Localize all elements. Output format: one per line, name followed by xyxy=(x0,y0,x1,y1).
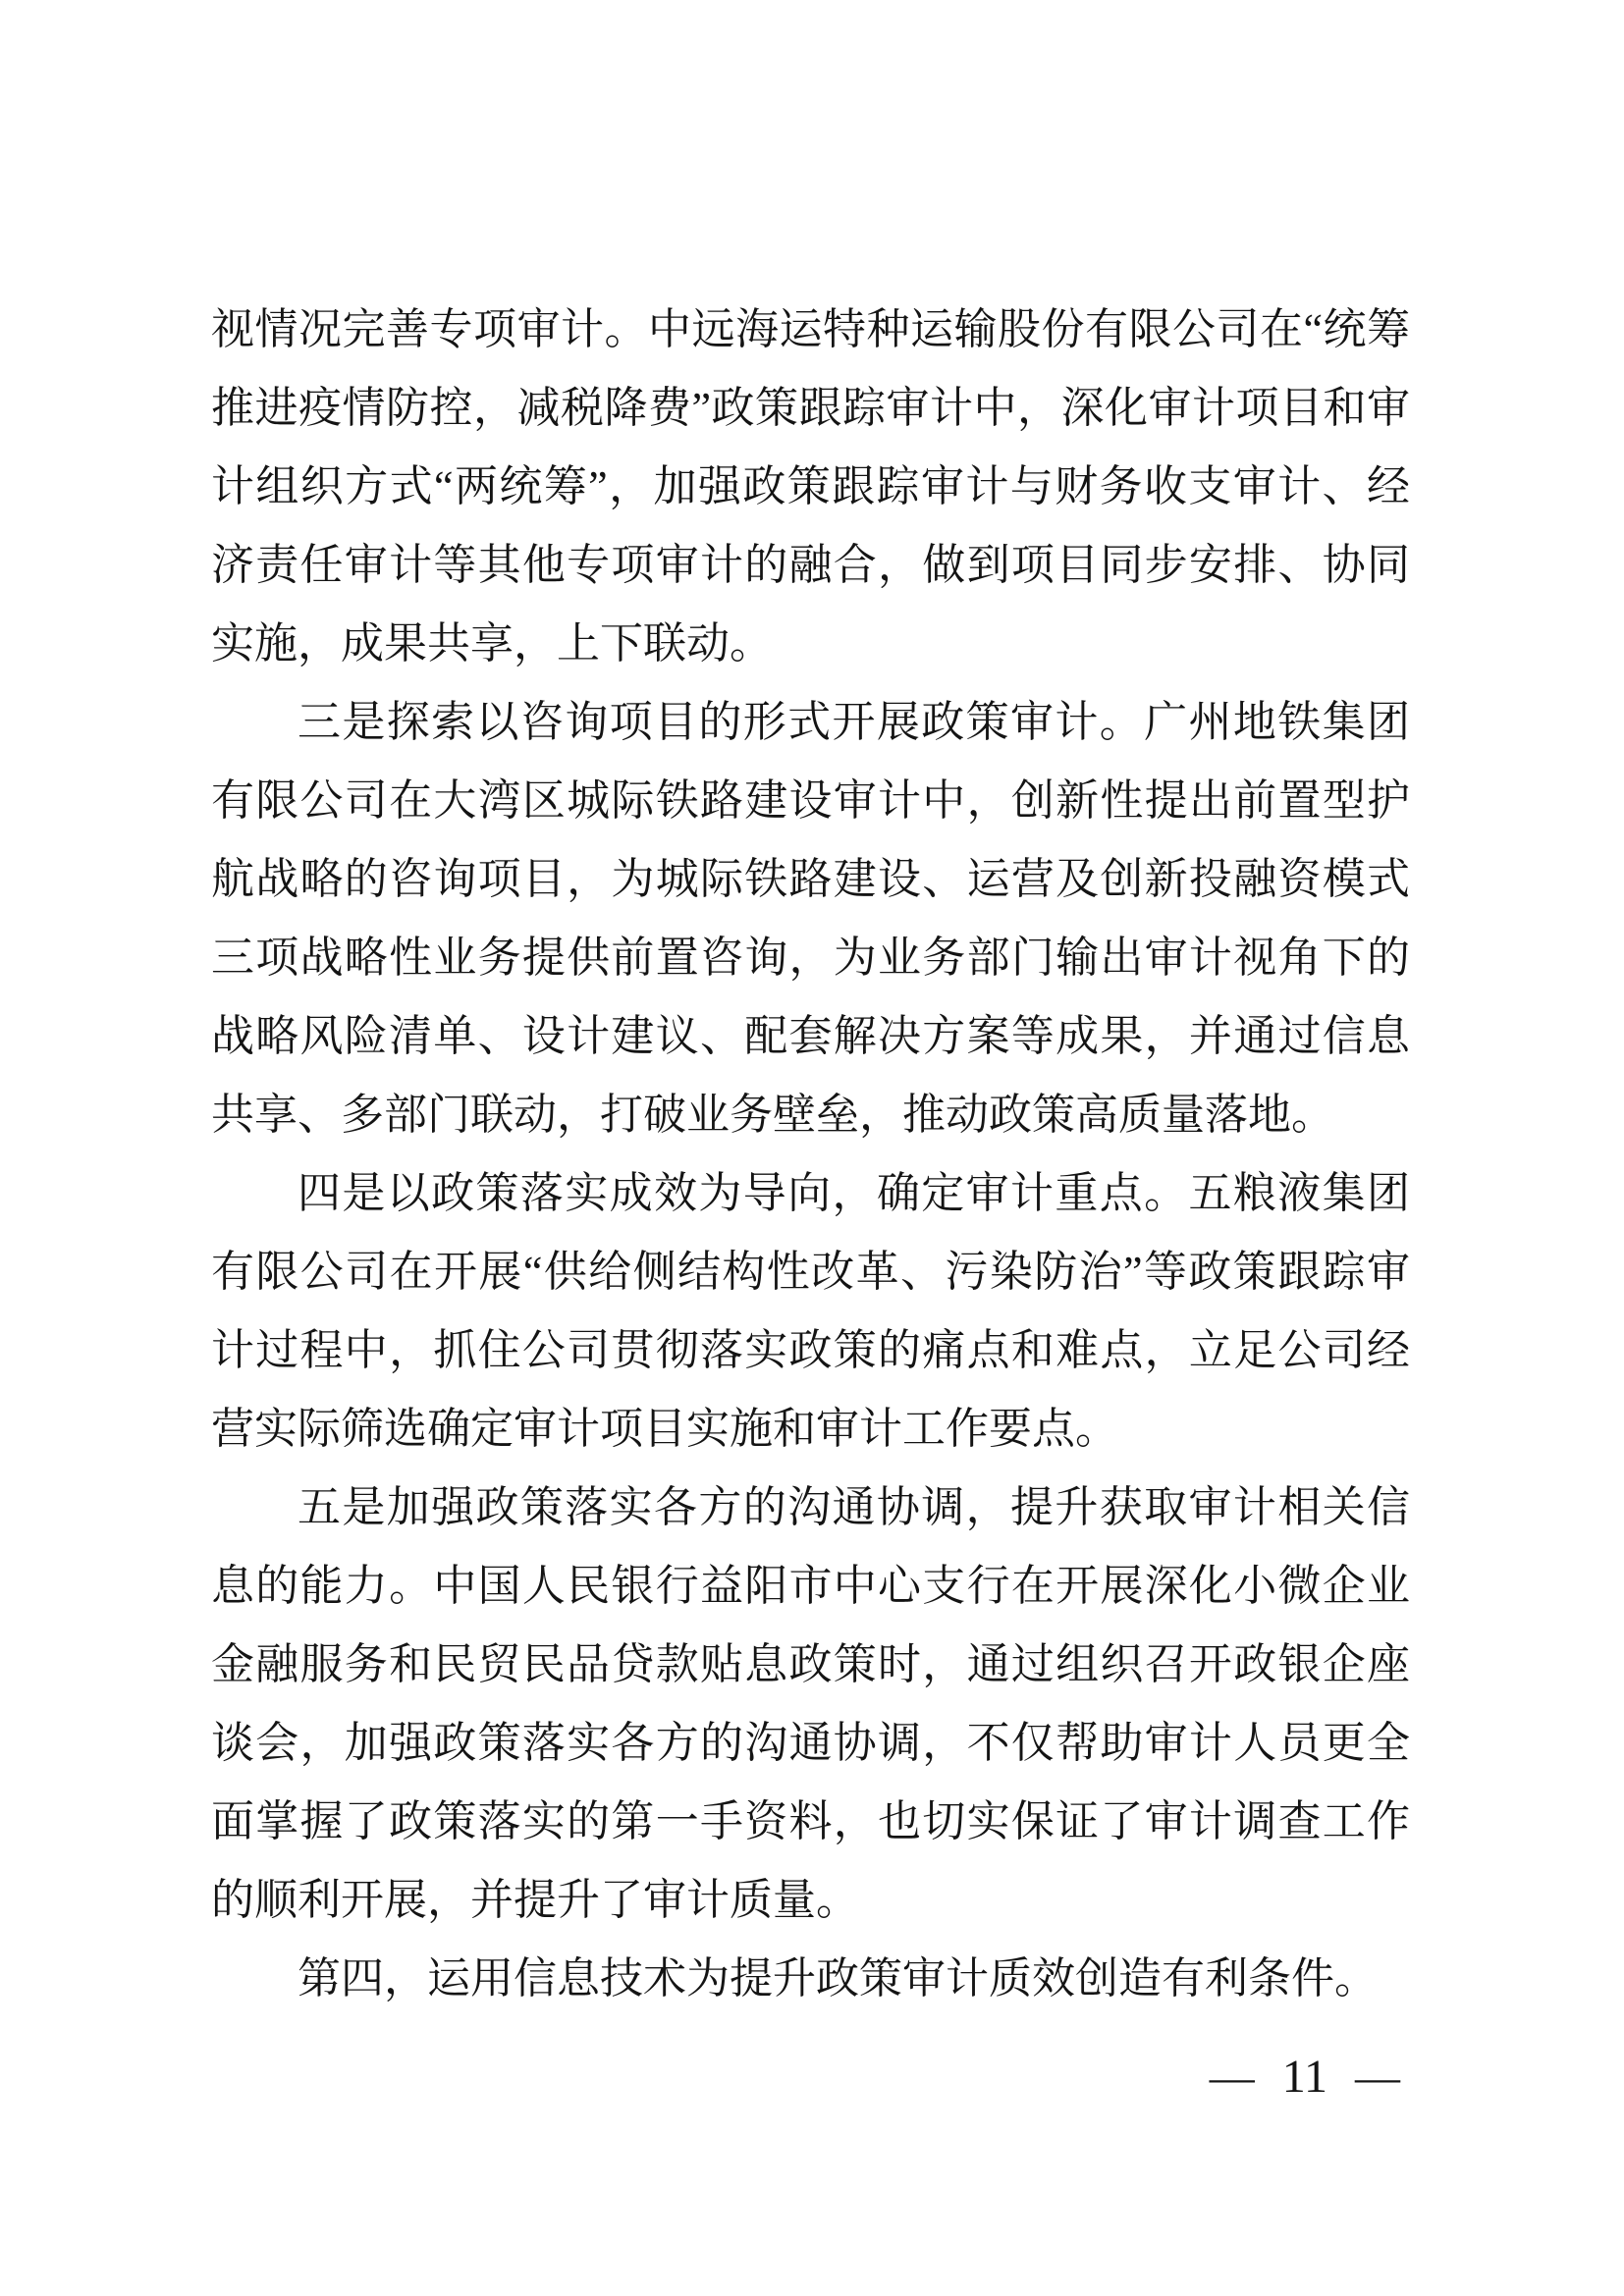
paragraph-point-three: 三是探索以咨询项目的形式开展政策审计。广州地铁集团有限公司在大湾区城际铁路建设审… xyxy=(211,683,1410,1154)
paragraph-continuation: 视情况完善专项审计。中远海运特种运输股份有限公司在“统筹推进疫情防控，减税降费”… xyxy=(211,291,1410,683)
page-footer: — 11 — xyxy=(1210,2055,1400,2100)
paragraph-point-five: 五是加强政策落实各方的沟通协调，提升获取审计相关信息的能力。中国人民银行益阳市中… xyxy=(211,1468,1410,1940)
body-text: 视情况完善专项审计。中远海运特种运输股份有限公司在“统筹推进疫情防控，减税降费”… xyxy=(211,291,1410,2018)
document-page: 视情况完善专项审计。中远海运特种运输股份有限公司在“统筹推进疫情防控，减税降费”… xyxy=(0,0,1624,2296)
paragraph-point-four: 四是以政策落实成效为导向，确定审计重点。五粮液集团有限公司在开展“供给侧结构性改… xyxy=(211,1154,1410,1468)
footer-dash-right: — xyxy=(1355,2055,1400,2100)
paragraph-section-four: 第四，运用信息技术为提升政策审计质效创造有利条件。 xyxy=(211,1940,1410,2018)
page-number: 11 xyxy=(1282,2055,1327,2100)
footer-dash-left: — xyxy=(1210,2055,1255,2100)
